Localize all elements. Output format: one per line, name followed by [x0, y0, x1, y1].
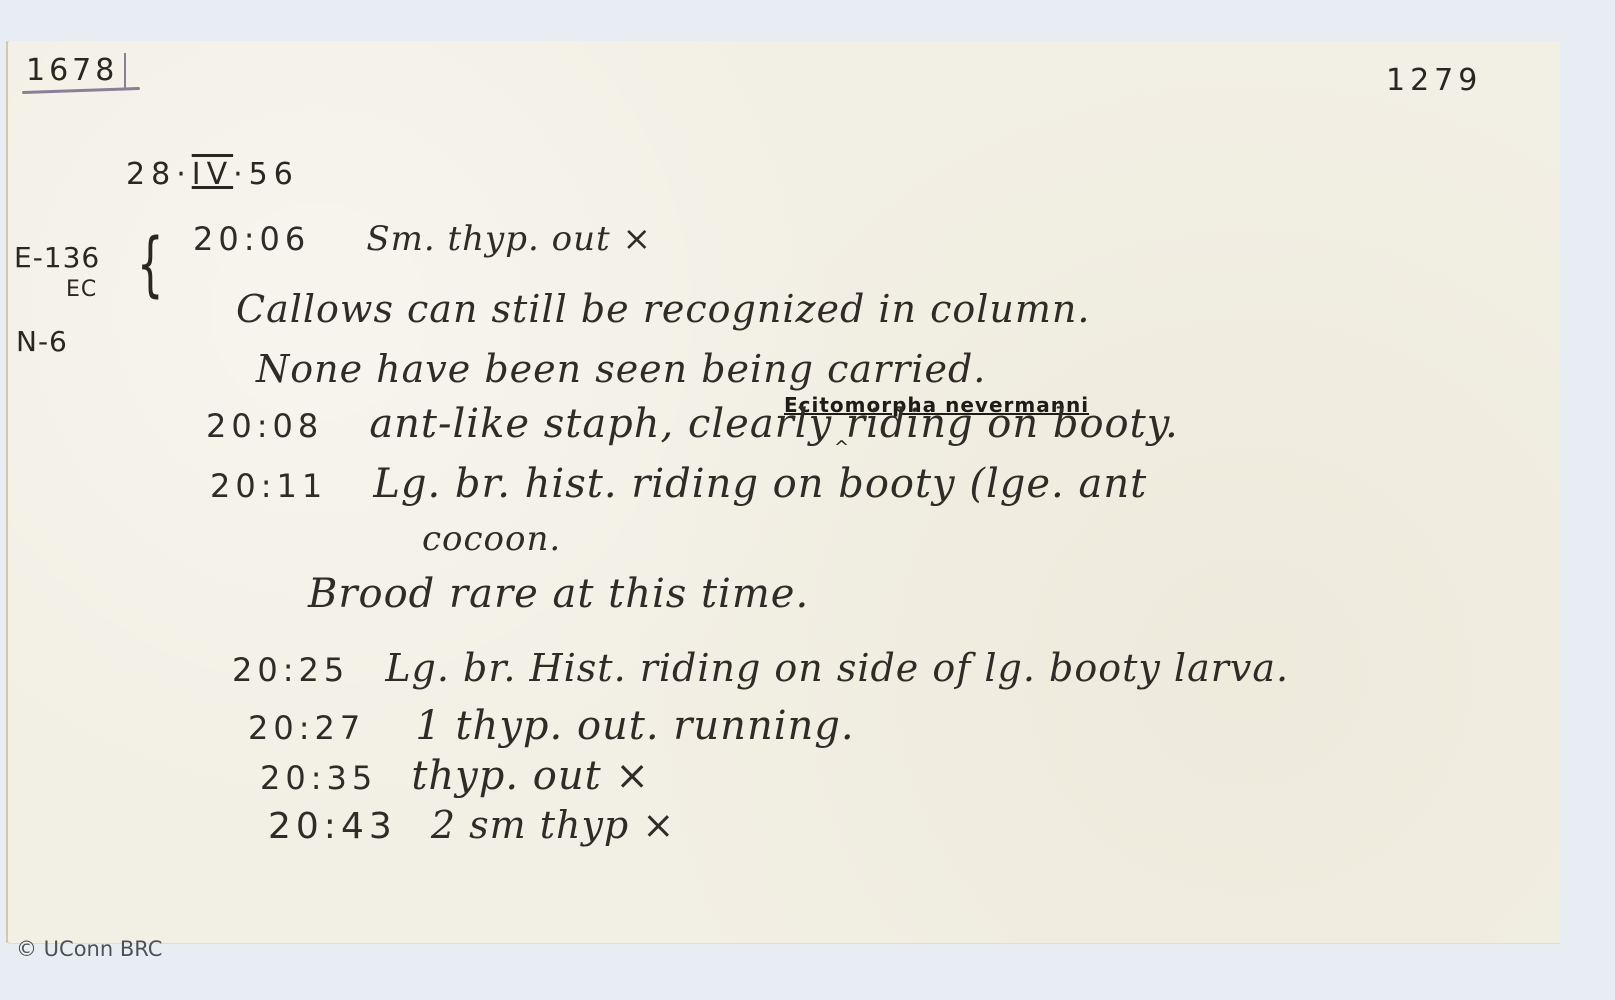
entry-row: 20:25 Lg. br. Hist. riding on side of lg… [232, 646, 1289, 690]
entry-time: 20:11 [210, 467, 327, 505]
entry-text: Brood rare at this time. [308, 571, 809, 617]
page-number: 1279 [1386, 63, 1482, 98]
entry-text: 2 sm thyp × [431, 803, 675, 847]
entry-time: 20:43 [268, 806, 397, 847]
entry-text: Lg. br. hist. riding on booty (lge. ant [373, 461, 1147, 507]
entry-time: 20:06 [193, 220, 310, 258]
sub-label: EC [66, 277, 97, 302]
entry-text: thyp. out × [411, 753, 650, 799]
entry-text: ant-like staph, clearly riding on booty. [369, 401, 1178, 447]
entry-text: Lg. br. Hist. riding on side of lg. boot… [385, 646, 1289, 690]
entry-text: Sm. thyp. out × [366, 219, 652, 259]
entry-text: Callows can still be recognized in colum… [236, 287, 1090, 331]
entry-time: 20:08 [206, 407, 323, 445]
entry-row: 20:06 Sm. thyp. out × [193, 219, 652, 259]
entry-text: cocoon. [422, 519, 561, 559]
note-card: 1678 1279 28·IV·56 E-136 EC N-6 { 20:06 … [8, 41, 1560, 943]
entry-row: 20:08 ant-like staph, clearly riding on … [206, 401, 1179, 447]
copyright-watermark: © UConn BRC [16, 937, 162, 961]
date-month: IV [192, 157, 233, 192]
date: 28·IV·56 [126, 157, 299, 192]
entry-row: 20:43 2 sm thyp × [268, 803, 675, 847]
catalog-underline [22, 87, 140, 94]
catalog-number: 1678 [26, 53, 126, 88]
brace-icon: { [137, 229, 164, 299]
date-year: 56 [249, 157, 299, 192]
entry-text: None have been seen being carried. [256, 347, 986, 391]
entry-row: 20:35 thyp. out × [260, 753, 650, 799]
entry-text: 1 thyp. out. running. [415, 703, 854, 749]
entry-time: 20:35 [260, 759, 377, 797]
entry-row: 20:27 1 thyp. out. running. [248, 703, 855, 749]
nest-label: N-6 [16, 325, 68, 358]
entry-row: 20:11 Lg. br. hist. riding on booty (lge… [210, 461, 1147, 507]
entry-time: 20:27 [248, 709, 365, 747]
colony-label: E-136 [14, 241, 100, 274]
entry-time: 20:25 [232, 651, 349, 689]
date-day: 28 [126, 157, 176, 192]
